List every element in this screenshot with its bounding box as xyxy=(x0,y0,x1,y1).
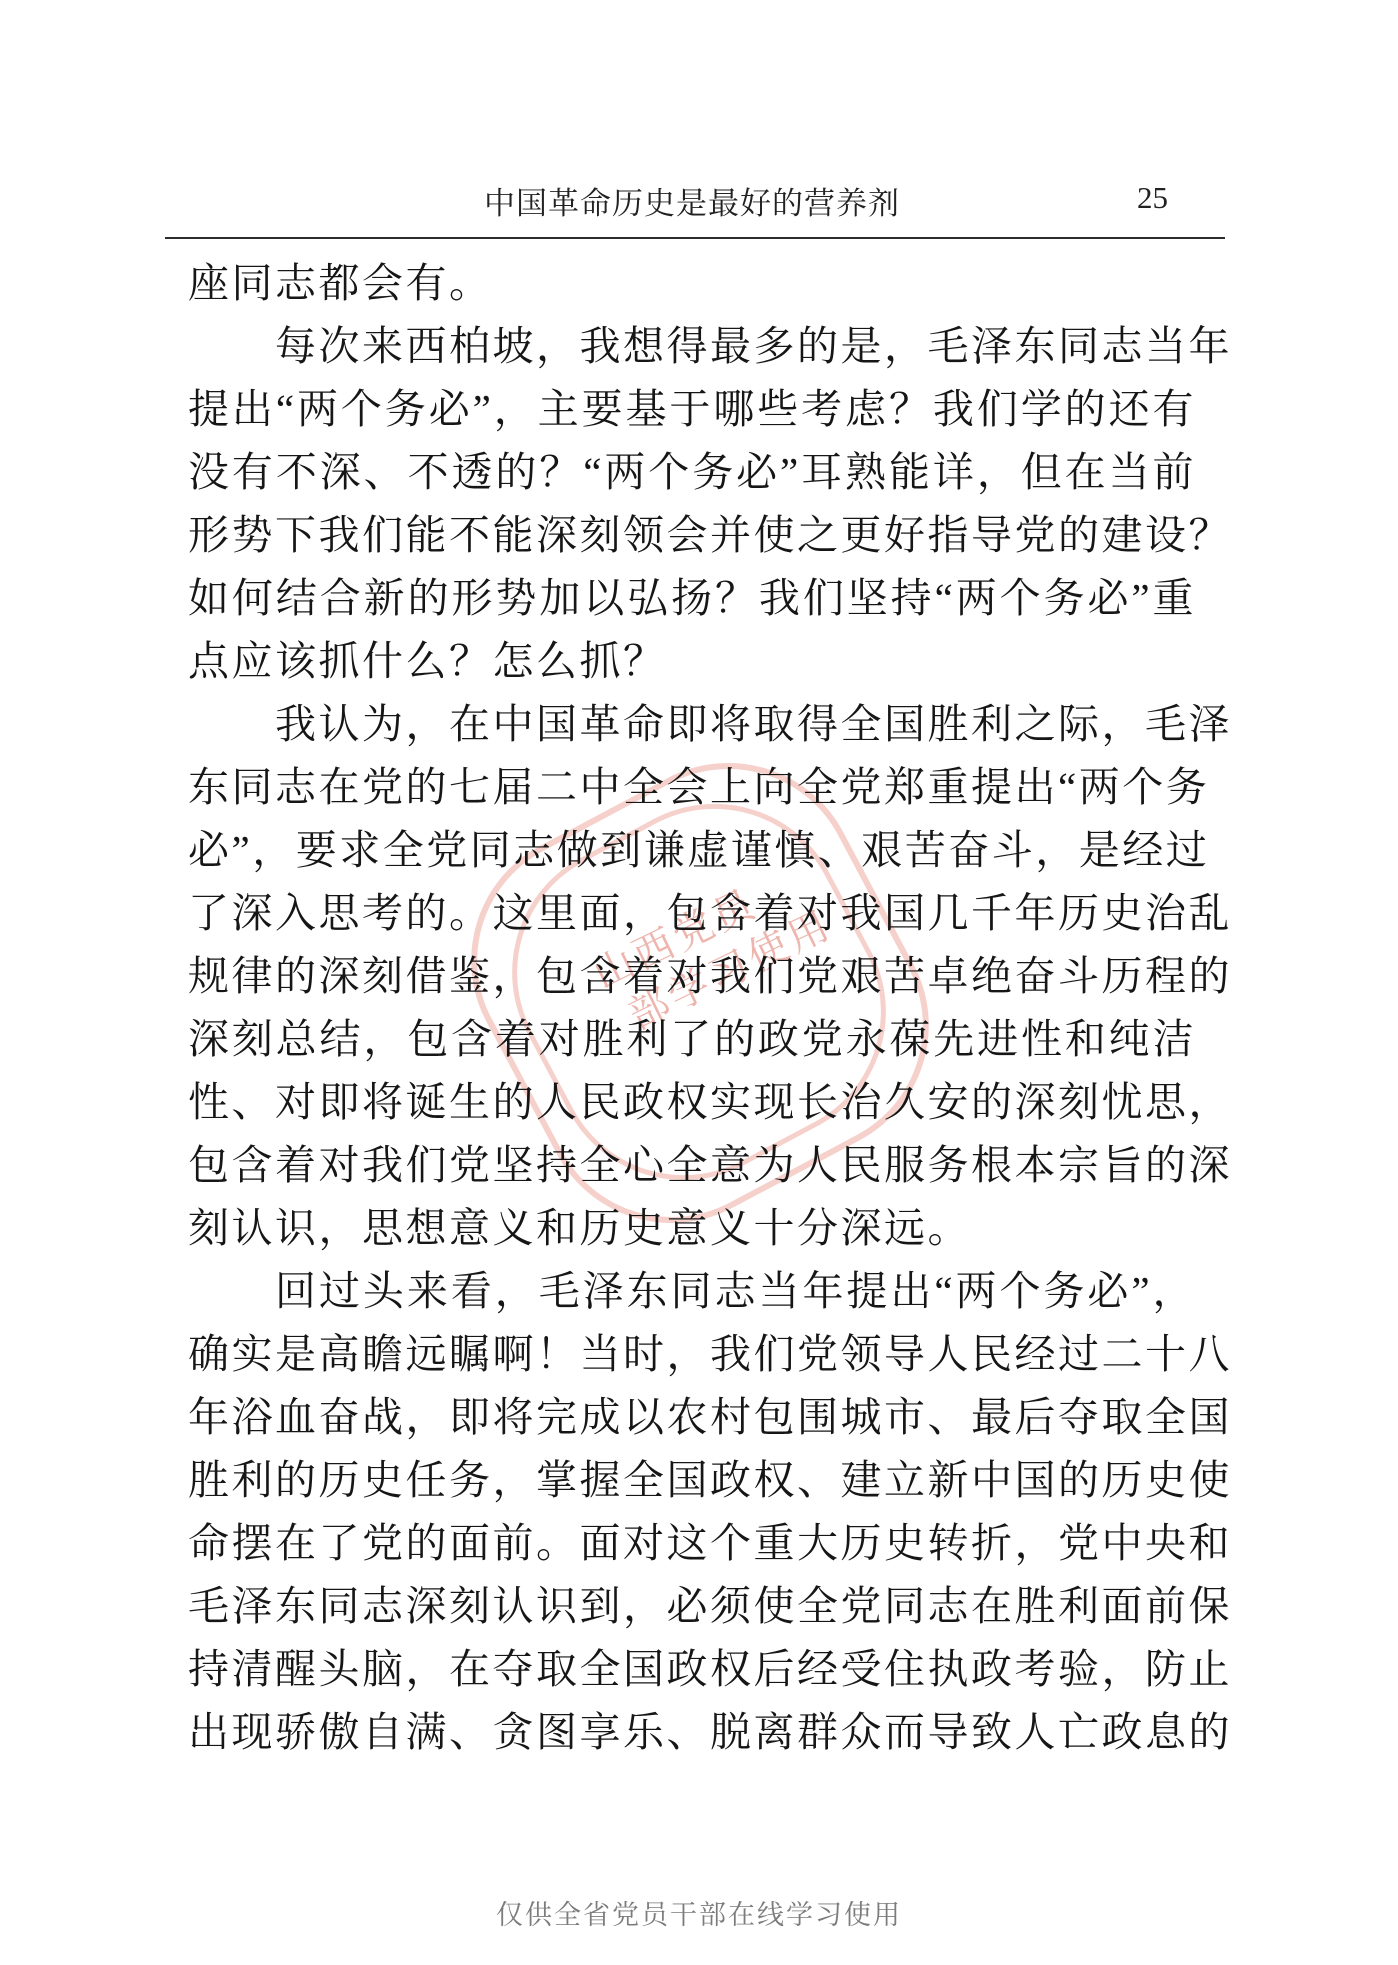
text-line: 刻认识，思想意义和历史意义十分深远。 xyxy=(188,1197,1196,1260)
footer-notice: 仅供全省党员干部在线学习使用 xyxy=(0,1893,1398,1932)
text-line: 胜利的历史任务，掌握全国政权、建立新中国的历史使 xyxy=(188,1449,1196,1512)
text-line: 确实是高瞻远瞩啊！当时，我们党领导人民经过二十八 xyxy=(188,1323,1196,1386)
text-line: 必”，要求全党同志做到谦虚谨慎、艰苦奋斗，是经过 xyxy=(188,819,1196,882)
text-line: 性、对即将诞生的人民政权实现长治久安的深刻忧思， xyxy=(188,1071,1196,1134)
text-line: 年浴血奋战，即将完成以农村包围城市、最后夺取全国 xyxy=(188,1386,1196,1449)
paragraph: 回过头来看，毛泽东同志当年提出“两个务必”，确实是高瞻远瞩啊！当时，我们党领导人… xyxy=(188,1260,1196,1764)
text-line: 命摆在了党的面前。面对这个重大历史转折，党中央和 xyxy=(188,1512,1196,1575)
page-number: 25 xyxy=(1137,180,1168,216)
text-line: 回过头来看，毛泽东同志当年提出“两个务必”， xyxy=(188,1260,1196,1323)
paragraph: 每次来西柏坡，我想得最多的是，毛泽东同志当年提出“两个务必”，主要基于哪些考虑？… xyxy=(188,315,1196,693)
paragraph: 座同志都会有。 xyxy=(188,252,1196,315)
text-line: 提出“两个务必”，主要基于哪些考虑？我们学的还有 xyxy=(188,378,1196,441)
text-line: 包含着对我们党坚持全心全意为人民服务根本宗旨的深 xyxy=(188,1134,1196,1197)
text-line: 没有不深、不透的？“两个务必”耳熟能详，但在当前 xyxy=(188,441,1196,504)
text-line: 持清醒头脑，在夺取全国政权后经受住执政考验，防止 xyxy=(188,1638,1196,1701)
paragraph: 我认为，在中国革命即将取得全国胜利之际，毛泽东同志在党的七届二中全会上向全党郑重… xyxy=(188,693,1196,1260)
text-line: 如何结合新的形势加以弘扬？我们坚持“两个务必”重 xyxy=(188,567,1196,630)
body-text: 座同志都会有。每次来西柏坡，我想得最多的是，毛泽东同志当年提出“两个务必”，主要… xyxy=(188,252,1196,1764)
text-line: 座同志都会有。 xyxy=(188,252,1196,315)
text-line: 我认为，在中国革命即将取得全国胜利之际，毛泽 xyxy=(188,693,1196,756)
text-line: 深刻总结，包含着对胜利了的政党永葆先进性和纯洁 xyxy=(188,1008,1196,1071)
book-page: 中国革命历史是最好的营养剂 25 山西党员 部学习使用 座同志都会有。每次来西柏… xyxy=(0,0,1398,1965)
text-line: 东同志在党的七届二中全会上向全党郑重提出“两个务 xyxy=(188,756,1196,819)
text-line: 出现骄傲自满、贪图享乐、脱离群众而导致人亡政息的 xyxy=(188,1701,1196,1764)
text-line: 形势下我们能不能深刻领会并使之更好指导党的建设？ xyxy=(188,504,1196,567)
text-line: 规律的深刻借鉴，包含着对我们党艰苦卓绝奋斗历程的 xyxy=(188,945,1196,1008)
text-line: 点应该抓什么？怎么抓？ xyxy=(188,630,1196,693)
running-header: 中国革命历史是最好的营养剂 25 xyxy=(188,178,1196,224)
running-header-title: 中国革命历史是最好的营养剂 xyxy=(188,178,1196,223)
header-rule xyxy=(165,237,1225,239)
text-line: 毛泽东同志深刻认识到，必须使全党同志在胜利面前保 xyxy=(188,1575,1196,1638)
text-line: 每次来西柏坡，我想得最多的是，毛泽东同志当年 xyxy=(188,315,1196,378)
text-line: 了深入思考的。这里面，包含着对我国几千年历史治乱 xyxy=(188,882,1196,945)
